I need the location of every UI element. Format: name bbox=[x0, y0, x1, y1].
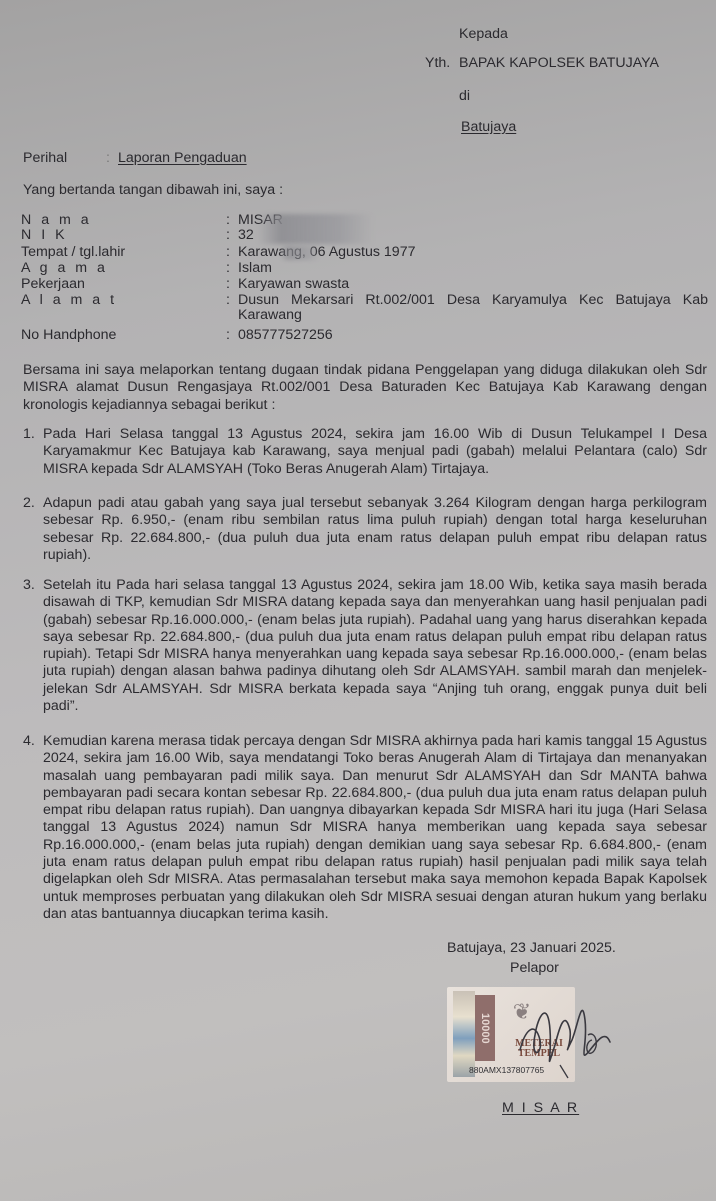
signature-icon bbox=[500, 990, 620, 1080]
field-value-handphone: 085777527256 bbox=[238, 328, 708, 343]
chronology-item: 3. Setelah itu Pada hari selasa tanggal … bbox=[23, 577, 707, 715]
chronology-item: 2. Adapun padi atau gabah yang saya jual… bbox=[23, 495, 707, 564]
chronology-item: 4. Kemudian karena merasa tidak percaya … bbox=[23, 733, 707, 923]
field-label: No Handphone bbox=[21, 328, 116, 343]
field-colon: : bbox=[226, 277, 230, 292]
reporter-name: M I S A R bbox=[502, 1100, 579, 1117]
item-number: 3. bbox=[23, 577, 35, 594]
place-date: Batujaya, 23 Januari 2025. bbox=[447, 940, 616, 957]
item-text: Kemudian karena merasa tidak percaya den… bbox=[43, 733, 707, 923]
complaint-letter-page: Kepada Yth. BAPAK KAPOLSEK BATUJAYA di B… bbox=[0, 0, 716, 1201]
item-number: 1. bbox=[23, 426, 35, 443]
item-text: Pada Hari Selasa tanggal 13 Agustus 2024… bbox=[43, 426, 707, 478]
item-text: Adapun padi atau gabah yang saya jual te… bbox=[43, 495, 707, 564]
recipient-yth-prefix: Yth. bbox=[425, 55, 450, 72]
stamp-value: 10000 bbox=[475, 995, 495, 1061]
redaction-blur bbox=[258, 214, 373, 244]
subject-colon: : bbox=[106, 150, 110, 167]
item-number: 4. bbox=[23, 733, 35, 750]
field-colon: : bbox=[226, 261, 230, 276]
field-label: N I K bbox=[21, 228, 68, 243]
field-label: A l a m a t bbox=[21, 293, 117, 308]
subject-label: Perihal bbox=[23, 150, 67, 167]
recipient-place: Batujaya bbox=[461, 119, 516, 136]
opening-paragraph: Bersama ini saya melaporkan tentang duga… bbox=[23, 362, 707, 414]
item-number: 2. bbox=[23, 495, 35, 512]
field-colon: : bbox=[226, 213, 230, 228]
field-value-agama: Islam bbox=[238, 261, 708, 276]
field-label: Pekerjaan bbox=[21, 277, 85, 292]
reporter-role: Pelapor bbox=[510, 960, 559, 977]
field-label: A g a m a bbox=[21, 261, 108, 276]
intro-text: Yang bertanda tangan dibawah ini, saya : bbox=[23, 182, 283, 199]
field-label: Tempat / tgl.lahir bbox=[21, 245, 125, 260]
field-colon: : bbox=[226, 293, 230, 308]
recipient-addressee: BAPAK KAPOLSEK BATUJAYA bbox=[459, 55, 659, 72]
recipient-kepada: Kepada bbox=[459, 26, 508, 43]
redaction-blur bbox=[280, 246, 320, 260]
chronology-item: 1. Pada Hari Selasa tanggal 13 Agustus 2… bbox=[23, 426, 707, 478]
field-label: N a m a bbox=[21, 213, 92, 228]
recipient-di: di bbox=[459, 88, 470, 105]
item-text: Setelah itu Pada hari selasa tanggal 13 … bbox=[43, 577, 707, 715]
subject-value: Laporan Pengaduan bbox=[118, 150, 247, 167]
field-value-alamat: Dusun Mekarsari Rt.002/001 Desa Karyamul… bbox=[238, 293, 708, 323]
field-colon: : bbox=[226, 328, 230, 343]
field-colon: : bbox=[226, 228, 230, 243]
field-colon: : bbox=[226, 245, 230, 260]
field-value-pekerjaan: Karyawan swasta bbox=[238, 277, 708, 292]
